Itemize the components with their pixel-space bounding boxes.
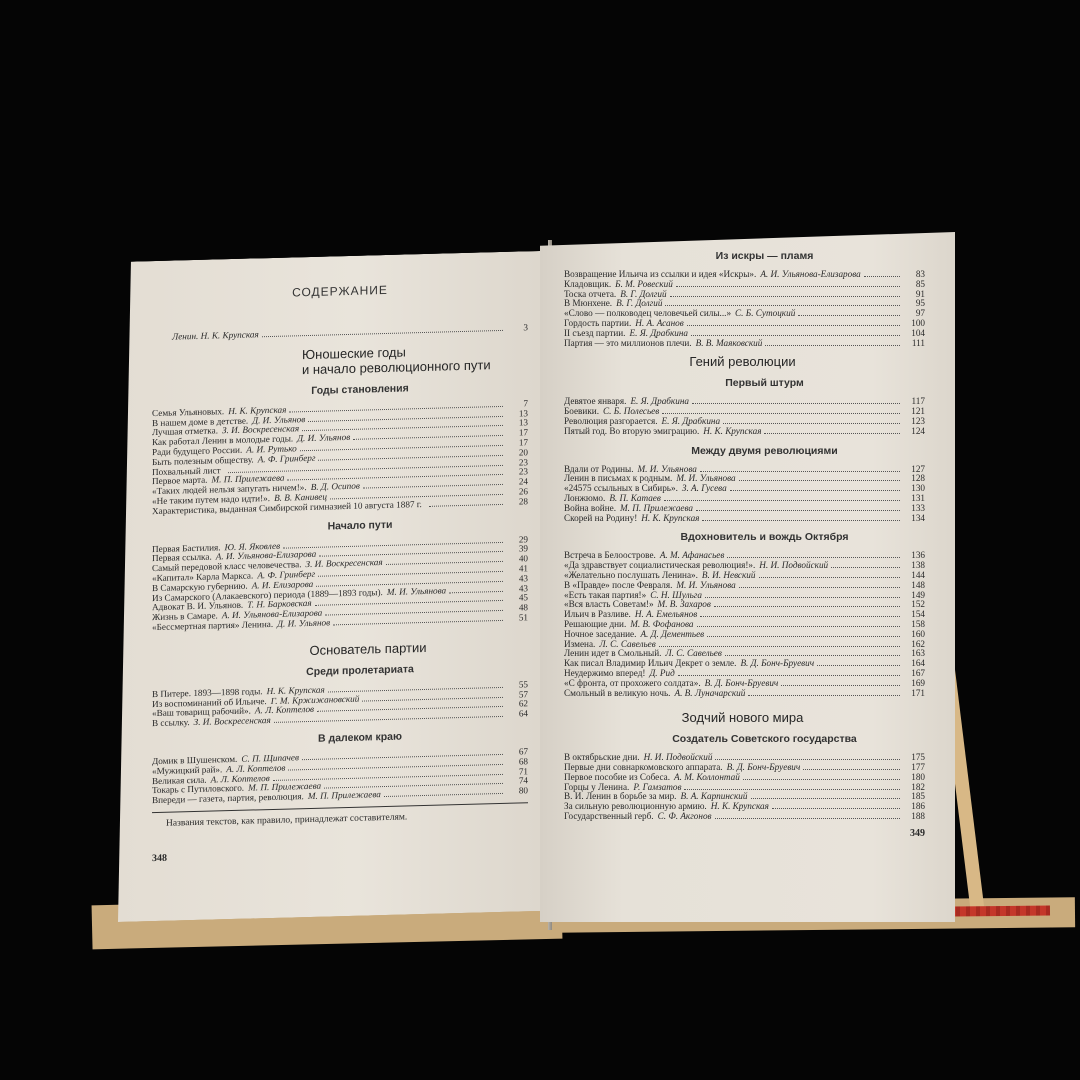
- toc-entry: Смольный в великую ночь.А. В. Луначарски…: [564, 689, 925, 699]
- leader-dots: [676, 280, 900, 287]
- leader-dots: [700, 610, 900, 617]
- toc-entry: Партия — это миллионов плечи.В. В. Маяко…: [564, 339, 925, 349]
- entry-author: В. В. Маяковский: [696, 339, 763, 349]
- entry-page: 188: [903, 812, 925, 822]
- entry-title: Смольный в великую ночь.: [564, 689, 670, 699]
- toc-part-4: Создатель Советского государстваВ октябр…: [564, 733, 925, 822]
- section-title: Среди пролетариата: [192, 660, 528, 681]
- section-title: В далеком краю: [192, 727, 528, 748]
- leader-dots: [751, 792, 901, 799]
- entry-author: Н. И. Подвойский: [759, 561, 828, 571]
- page-number: 348: [152, 843, 528, 864]
- section-title: Создатель Советского государства: [604, 733, 925, 745]
- entry-page: 171: [903, 689, 925, 699]
- leader-dots: [730, 484, 900, 491]
- leader-dots: [662, 407, 900, 414]
- leader-dots: [705, 591, 900, 598]
- leader-dots: [725, 649, 900, 656]
- leader-dots: [759, 571, 901, 578]
- leader-dots: [659, 640, 900, 647]
- entry-page: 124: [903, 427, 925, 437]
- part-title: Юношеские годы и начало революционного п…: [302, 341, 524, 377]
- entry-author: З. А. Гусева: [682, 484, 727, 494]
- leader-dots: [764, 427, 900, 434]
- footnote: Названия текстов, как правило, принадлеж…: [152, 809, 528, 829]
- entry-title: Скорей на Родину!: [564, 514, 637, 524]
- entry-author: Н. К. Крупская: [711, 802, 769, 812]
- entry-page: 134: [903, 514, 925, 524]
- leader-dots: [864, 270, 900, 277]
- section-title: Годы становления: [192, 379, 528, 400]
- toc-heading: СОДЕРЖАНИЕ: [152, 279, 528, 303]
- leader-dots: [765, 339, 900, 346]
- leader-dots: [691, 329, 900, 336]
- leader-dots: [727, 551, 900, 558]
- part-title: Гений революции: [564, 354, 921, 369]
- section-title: Начало пути: [192, 515, 528, 536]
- entry-page: 51: [506, 613, 528, 623]
- section-title: Вдохновитель и вождь Октября: [604, 531, 925, 543]
- leader-dots: [692, 397, 900, 404]
- leader-dots: [696, 504, 900, 511]
- entry-author: М. П. Прилежаева: [308, 790, 381, 802]
- left-page: СОДЕРЖАНИЕ Ленин. Н. К. Крупская 3 Юноше…: [118, 251, 550, 922]
- leader-dots: [803, 763, 900, 770]
- entry-title: В ссылку.: [152, 718, 190, 729]
- leader-dots: [739, 581, 900, 588]
- leader-dots: [817, 659, 900, 666]
- entry-title: Впереди — газета, партия, революция.: [152, 792, 304, 806]
- part-title: Основатель партии: [212, 637, 524, 660]
- leader-dots: [715, 753, 900, 760]
- toc-part-1: Годы становленияСемья Ульяновых.Н. К. Кр…: [152, 379, 528, 633]
- leader-dots: [723, 417, 900, 424]
- section-title: Между двумя революциями: [604, 445, 925, 457]
- part-title: Зодчий нового мира: [564, 710, 921, 725]
- section-title: Из искры — пламя: [604, 250, 925, 262]
- leader-dots: [670, 290, 900, 297]
- toc-entry: Пятый год. Во вторую эмиграцию.Н. К. Кру…: [564, 427, 925, 437]
- leader-dots: [684, 783, 900, 790]
- entry-author: Н. К. Крупская: [641, 514, 699, 524]
- page-number: 349: [564, 828, 925, 839]
- leader-dots: [831, 561, 900, 568]
- leader-dots: [743, 773, 900, 780]
- leader-dots: [449, 584, 503, 592]
- leader-dots: [697, 620, 901, 627]
- entry-page: 64: [506, 709, 528, 719]
- entry-author: В. Д. Бонч-Бруевич: [740, 659, 814, 669]
- toc-section-top: Из искры — пламяВозвращение Ильича из сс…: [564, 250, 925, 348]
- entry-title: Партия — это миллионов плечи.: [564, 339, 692, 349]
- entry-author: Н. К. Крупская: [703, 427, 761, 437]
- entry-author: С. Ф. Акгонов: [658, 812, 712, 822]
- toc-entry: Государственный герб.С. Ф. Акгонов188: [564, 812, 925, 822]
- leader-dots: [665, 299, 900, 306]
- leader-dots: [678, 669, 900, 676]
- leader-dots: [714, 600, 900, 607]
- toc-part-3: Первый штурмДевятое января.Е. Я. Драбкин…: [564, 377, 925, 698]
- leader-dots: [664, 494, 900, 501]
- entry-title: «Бессмертная партия» Ленина.: [152, 620, 273, 633]
- leader-dots: [687, 319, 900, 326]
- entry-author: З. И. Воскресенская: [194, 716, 271, 728]
- entry-page: 28: [506, 497, 528, 507]
- leader-dots: [700, 465, 900, 472]
- toc-entry: Ленин. Н. К. Крупская 3: [172, 323, 528, 342]
- leader-dots: [781, 679, 900, 686]
- leader-dots: [739, 474, 900, 481]
- entry-author: А. В. Луначарский: [674, 689, 745, 699]
- entry-title: Пятый год. Во вторую эмиграцию.: [564, 427, 699, 437]
- leader-dots: [748, 689, 900, 696]
- leader-dots: [715, 812, 900, 819]
- leader-dots: [429, 498, 503, 507]
- entry-author: А. И. Ульянова-Елизарова: [760, 270, 860, 280]
- toc-part-2: Среди пролетариатаВ Питере. 1893—1898 го…: [152, 660, 528, 806]
- entry-author: Д. И. Ульянов: [277, 618, 330, 629]
- leader-dots: [798, 309, 900, 316]
- leader-dots: [707, 630, 900, 637]
- entry-page: 111: [903, 339, 925, 349]
- entry-title: Государственный герб.: [564, 812, 654, 822]
- section-title: Первый штурм: [604, 377, 925, 389]
- leader-dots: [772, 802, 900, 809]
- toc-entry: Кладовщик.Б. М. Ровеский85: [564, 280, 925, 290]
- entry-author: А. М. Коллонтай: [674, 773, 740, 783]
- toc-entry: Скорей на Родину!Н. К. Крупская134: [564, 514, 925, 524]
- entry-author: С. Б. Сутоцкий: [735, 309, 795, 319]
- right-page: Из искры — пламяВозвращение Ильича из сс…: [540, 232, 955, 922]
- toc-entry: Лонжюмо.В. П. Катаев131: [564, 494, 925, 504]
- leader-dots: [702, 514, 900, 521]
- entry-page: 80: [506, 786, 528, 796]
